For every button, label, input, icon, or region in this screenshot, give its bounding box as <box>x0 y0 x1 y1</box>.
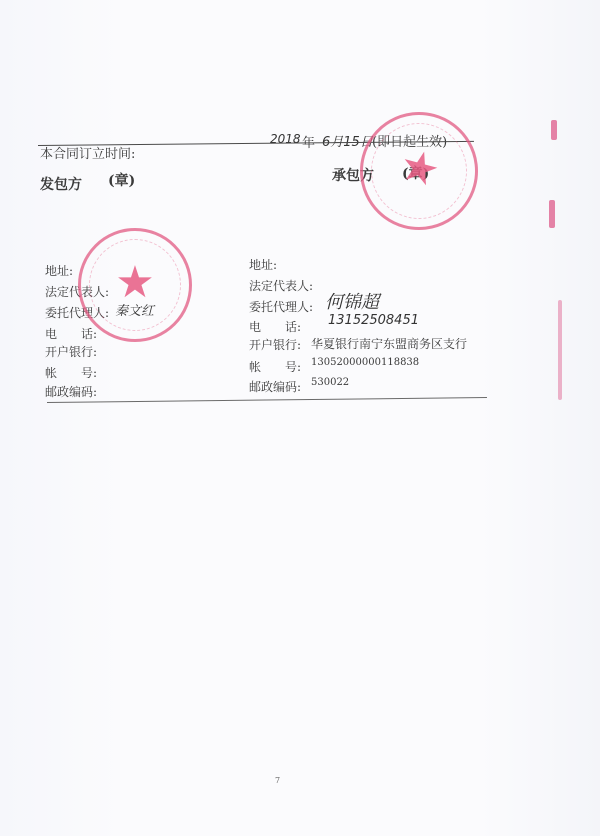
party-b-phone-value: 13152508451 <box>328 313 419 328</box>
party-a-bank-label: 开户银行: <box>45 343 97 360</box>
edge-seal-mark <box>549 200 555 228</box>
contract-date-year: 2018 <box>270 132 301 146</box>
party-a-address-label: 地址: <box>45 262 73 279</box>
contract-page: 本合同订立时间: 2018 年 6月15日 (即日起生效) 发包方 (章) 承包… <box>0 0 600 836</box>
party-b-postcode-label: 邮政编码: <box>249 378 301 395</box>
party-b-account-label: 帐 号: <box>249 358 301 375</box>
party-b-postcode-value: 530022 <box>311 377 349 388</box>
party-b-account-value: 13052000000118838 <box>311 357 419 368</box>
party-b-bank-label: 开户银行: <box>249 336 301 353</box>
star-icon: ★ <box>115 261 154 305</box>
party-b-agent-label: 委托代理人: <box>249 298 313 315</box>
party-a-postcode-label: 邮政编码: <box>45 383 97 400</box>
signature-section-divider <box>47 397 487 403</box>
party-a-company-seal: ★ <box>78 228 192 342</box>
contract-date-label: 本合同订立时间: <box>40 143 135 162</box>
party-a-seal-label: (章) <box>108 170 135 190</box>
party-b-phone-label: 电 话: <box>249 318 301 335</box>
party-b-company-seal: ★ <box>347 99 492 244</box>
edge-seal-mark <box>558 300 562 400</box>
party-a-account-label: 帐 号: <box>45 364 97 381</box>
party-a-title: 发包方 <box>40 174 82 194</box>
party-b-legal-rep-label: 法定代表人: <box>249 277 313 294</box>
party-a-phone-label: 电 话: <box>45 325 97 342</box>
party-b-agent-signature: 何锦超 <box>325 288 379 314</box>
page-number: 7 <box>275 776 280 785</box>
party-b-bank-value: 华夏银行南宁东盟商务区支行 <box>311 335 467 352</box>
party-b-address-label: 地址: <box>249 256 277 273</box>
edge-seal-mark <box>551 120 557 140</box>
